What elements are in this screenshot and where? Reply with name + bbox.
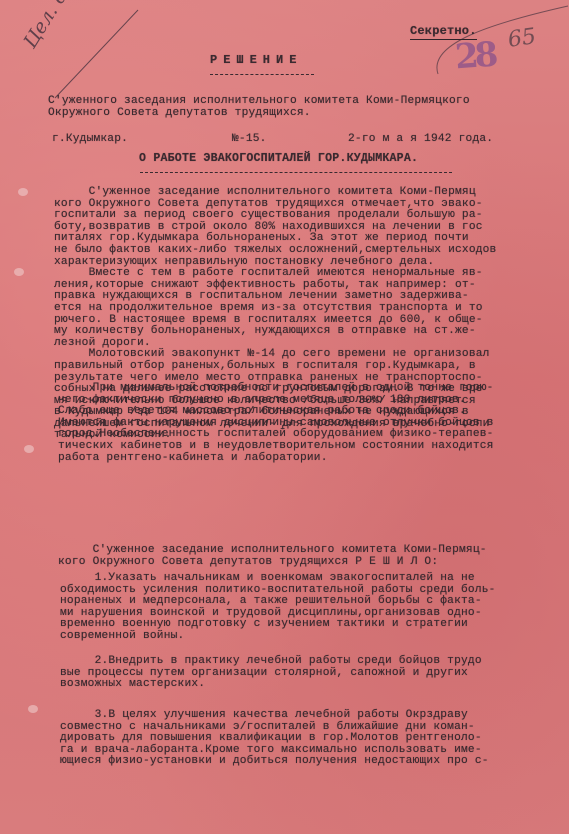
paper-blemish — [14, 268, 24, 276]
typed-line: современной войны. — [60, 631, 496, 643]
resolution-intro: С'уженное заседание исполнительного коми… — [58, 545, 487, 568]
typed-line: С'уженное заседание исполнительного коми… — [58, 545, 487, 557]
typed-line: При минимальной потребности госпиталей в… — [58, 383, 494, 395]
paper-blemish — [18, 188, 28, 196]
typed-line: ющиеся физио-установки и добиться получе… — [60, 756, 489, 768]
resolution-item-3: 3.В целях улучшения качества лечебной ра… — [60, 710, 489, 768]
paper-blemish — [24, 445, 34, 453]
document-city: г.Кудымкар. — [52, 134, 128, 146]
typed-line: правильный отбор раненых,больных в госпи… — [54, 361, 496, 373]
ink-stamp-mark: 28 — [454, 35, 496, 78]
typed-line: 3.В целях улучшения качества лечебной ра… — [60, 710, 489, 722]
document-page: Цел. д/12 Секретно. 28 65 РЕШЕНИЕ С'ужен… — [0, 0, 569, 834]
typed-line: 1.Указать начальникам и военкомам эваког… — [60, 573, 496, 585]
document-heading: РЕШЕНИЕ — [210, 55, 302, 67]
typed-line: С'уженное заседание исполнительного коми… — [54, 187, 496, 199]
archive-page-number: 65 — [506, 24, 537, 53]
typed-line: ется на продолжительное время из-за отсу… — [54, 303, 496, 315]
typed-line: возможных мастерских. — [60, 679, 482, 691]
heading-underline — [210, 74, 314, 75]
document-date: 2-го м а я 1942 года. — [348, 134, 493, 146]
paragraph-shortcomings: При минимальной потребности госпиталей в… — [58, 383, 494, 464]
resolution-item-2: 2.Внедрить в практику лечебной работы ср… — [60, 656, 482, 691]
typed-line: 2.Внедрить в практику лечебной работы ср… — [60, 656, 482, 668]
paper-blemish — [28, 705, 38, 713]
margin-handwritten-note: Цел. д/12 — [19, 0, 88, 52]
topic-underline — [140, 172, 452, 173]
decision-number: №-15. — [232, 134, 267, 146]
subtitle-line: С'уженного заседания исполнительного ком… — [48, 96, 470, 108]
typed-line: тических кабинетов и в неудовлетворитель… — [58, 441, 494, 453]
typed-line: не было фактов каких-либо тяжелых осложн… — [54, 245, 496, 257]
typed-line: работа рентгено-кабинета и лаборатории. — [58, 453, 494, 465]
typed-line: Вместе с тем в работе госпиталей имеются… — [54, 268, 496, 280]
document-topic: О РАБОТЕ ЭВАКОГОСПИТАЛЕЙ ГОР.КУДЫМКАРА. — [139, 153, 418, 165]
resolution-item-1: 1.Указать начальникам и военкомам эваког… — [60, 573, 496, 643]
subtitle-line: Окружного Совета депутатов трудящихся. — [48, 108, 470, 120]
typed-line: му количеству больнораненых, нуждающихся… — [54, 326, 496, 338]
document-subtitle: С'уженного заседания исполнительного ком… — [48, 96, 470, 119]
typed-line: кого Окружного Совета депутатов трудящих… — [58, 557, 487, 569]
